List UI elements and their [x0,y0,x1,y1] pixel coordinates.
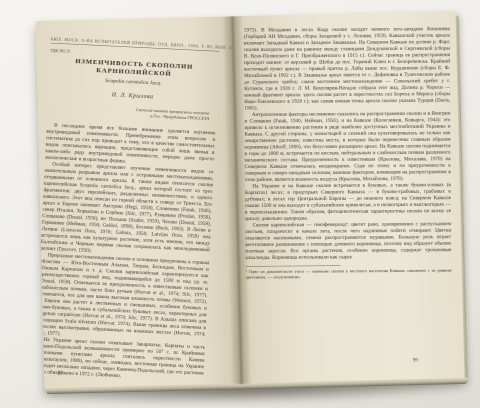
photo-background: БЮЛ. МОСК. О-ВА ИСПЫТАТЕЛЕЙ ПРИРОДЫ, ОТД… [0,0,480,408]
body-paragraph: На Украине ареал сколии охватывает Закар… [36,336,206,383]
right-page: 1973). В Молдавии в лесах Кодр сколия за… [233,11,465,384]
body-paragraph: Антропогенные факторы несомненно сказали… [245,110,451,183]
body-paragraph: Природные местонахождения сколии в основ… [36,252,209,345]
open-book: БЮЛ. МОСК. О-ВА ИСПЫТАТЕЛЕЙ ПРИРОДЫ, ОТД… [36,11,465,389]
left-page: БЮЛ. МОСК. О-ВА ИСПЫТАТЕЛЕЙ ПРИРОДЫ, ОТД… [36,16,242,389]
body-paragraph: 1973). В Молдавии в лесах Кодр сколия за… [244,26,451,112]
page-number-left: 98 [58,371,63,376]
page-number-right: 99 [413,358,418,363]
body-paragraph: Особый интерес представляет изучение изм… [40,161,213,260]
footnote-rule [246,265,341,266]
footnote: ¹ Одно из доказательств этого — название… [246,268,452,280]
body-paragraph: На Украине и на Кавказе сколия встречает… [245,182,451,222]
author-name: И. Л. Крылова [48,89,217,103]
dedication: Светлой памяти прекрасного человека и Ге… [47,103,216,122]
right-page-content: 1973). В Молдавии в лесах Кодр сколия за… [244,26,452,280]
left-page-content: БЮЛ. МОСК. О-ВА ИСПЫТАТЕЛЕЙ ПРИРОДЫ, ОТД… [36,37,220,383]
body-paragraph: Сколия карниолийская — гемэфемероид¹: цв… [246,221,452,261]
